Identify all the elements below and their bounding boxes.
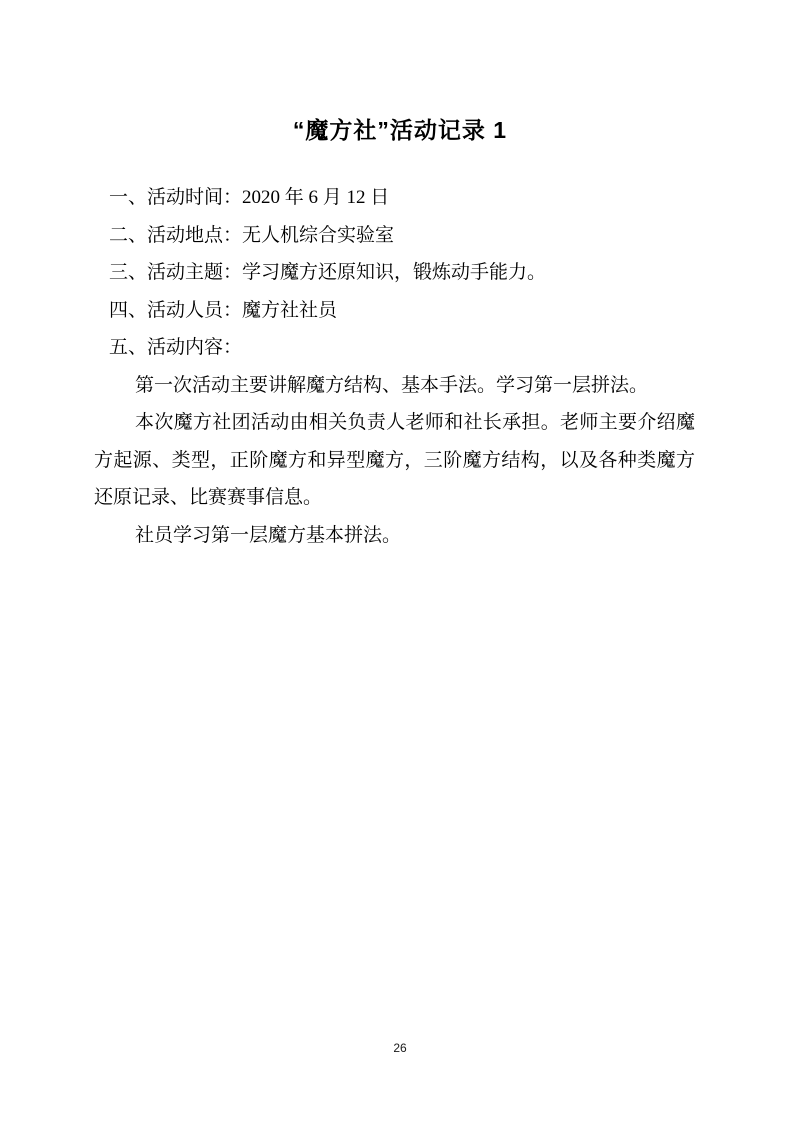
paragraph-first-activity: 第一次活动主要讲解魔方结构、基本手法。学习第一层拼法。 bbox=[94, 367, 695, 405]
list-item-activity-members: 四、活动人员：魔方社社员 bbox=[94, 292, 695, 330]
list-item-activity-content: 五、活动内容： bbox=[94, 329, 695, 367]
list-item-activity-time: 一、活动时间：2020 年 6 月 12 日 bbox=[94, 179, 695, 217]
list-item-activity-place: 二、活动地点：无人机综合实验室 bbox=[94, 217, 695, 255]
document-body: 一、活动时间：2020 年 6 月 12 日 二、活动地点：无人机综合实验室 三… bbox=[94, 179, 695, 554]
paragraph-member-learning: 社员学习第一层魔方基本拼法。 bbox=[94, 517, 695, 555]
document-title: “魔方社”活动记录 1 bbox=[0, 114, 800, 146]
paragraph-activity-detail: 本次魔方社团活动由相关负责人老师和社长承担。老师主要介绍魔方起源、类型，正阶魔方… bbox=[94, 404, 695, 517]
list-item-activity-topic: 三、活动主题：学习魔方还原知识，锻炼动手能力。 bbox=[94, 254, 695, 292]
page-number: 26 bbox=[0, 1040, 800, 1056]
document-page: “魔方社”活动记录 1 一、活动时间：2020 年 6 月 12 日 二、活动地… bbox=[0, 0, 800, 1131]
